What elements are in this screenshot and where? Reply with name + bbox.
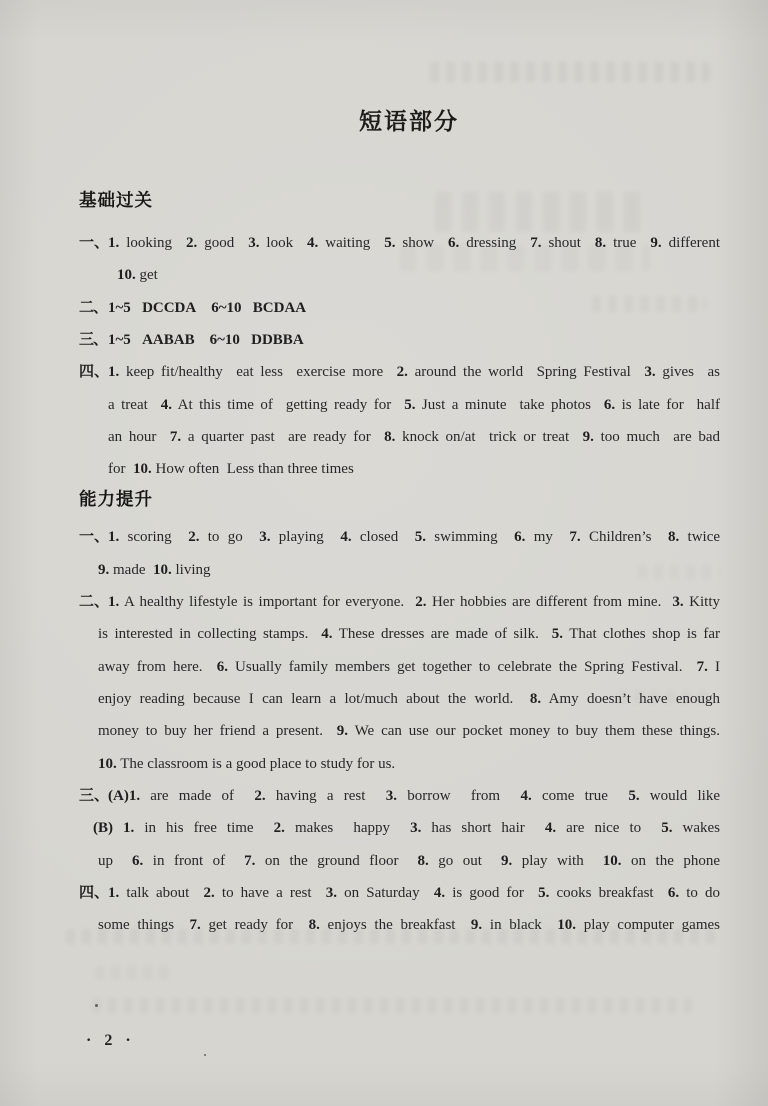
- item-marker: 一、: [79, 521, 108, 553]
- answer-text: away from here. 6. Usually family member…: [98, 659, 720, 675]
- section-heading-basics: 基础过关: [79, 188, 720, 227]
- answer-line: 三、1~5 AABAB 6~10 DDBBA: [79, 324, 720, 356]
- bleed-through-text: [95, 966, 175, 979]
- answer-line: 9. made 10. living: [79, 554, 720, 586]
- answer-line: up 6. in front of 7. on the ground floor…: [79, 845, 720, 877]
- answer-line: 二、1~5 DCCDA 6~10 BCDAA: [79, 292, 720, 324]
- answer-line: 四、1. talk about 2. to have a rest 3. on …: [79, 877, 720, 909]
- item-marker: 二、: [79, 586, 108, 618]
- scan-speck: [204, 1054, 206, 1056]
- answer-text: money to buy her friend a present. 9. We…: [98, 723, 720, 739]
- item-marker: 二、: [79, 292, 108, 324]
- item-marker: 四、: [79, 877, 108, 909]
- item-marker: 一、: [79, 227, 108, 259]
- answer-text: 10. The classroom is a good place to stu…: [98, 756, 395, 772]
- answer-line: some things 7. get ready for 8. enjoys t…: [79, 909, 720, 941]
- answer-line: an hour 7. a quarter past are ready for …: [79, 421, 720, 453]
- answer-line: 三、(A)1. are made of 2. having a rest 3. …: [79, 780, 720, 812]
- answer-text: 1. talk about 2. to have a rest 3. on Sa…: [108, 885, 720, 901]
- answer-text: 10. get: [117, 267, 158, 283]
- section-heading-advanced: 能力提升: [79, 486, 720, 522]
- answer-line: 二、1. A healthy lifestyle is important fo…: [79, 586, 720, 618]
- answer-text: enjoy reading because I can learn a lot/…: [98, 691, 720, 707]
- answer-text: 1~5 AABAB 6~10 DDBBA: [108, 332, 304, 348]
- answer-line: 10. The classroom is a good place to stu…: [79, 748, 720, 780]
- item-marker: 三、: [79, 324, 108, 356]
- page-title: 短语部分: [25, 103, 768, 136]
- item-marker: 四、: [79, 356, 108, 388]
- answer-line: 四、1. keep fit/healthy eat less exercise …: [79, 356, 720, 388]
- answers-content: 基础过关 一、1. looking 2. good 3. look 4. wai…: [79, 188, 720, 942]
- answer-text: 1. A healthy lifestyle is important for …: [108, 594, 720, 610]
- answer-text: (A)1. are made of 2. having a rest 3. bo…: [108, 788, 720, 804]
- answer-line: 10. get: [79, 259, 720, 291]
- answer-line: away from here. 6. Usually family member…: [79, 651, 720, 683]
- answer-line: money to buy her friend a present. 9. We…: [79, 715, 720, 747]
- answer-text: some things 7. get ready for 8. enjoys t…: [98, 917, 720, 933]
- answer-text: an hour 7. a quarter past are ready for …: [108, 429, 720, 445]
- answer-line: for 10. How often Less than three times: [79, 453, 720, 485]
- answer-text: (B) 1. in his free time 2. makes happy 3…: [93, 820, 720, 836]
- answer-text: for 10. How often Less than three times: [108, 461, 354, 477]
- bleed-through-text: [430, 62, 710, 82]
- answer-text: 1. scoring 2. to go 3. playing 4. closed…: [108, 529, 720, 545]
- answer-line: 一、1. looking 2. good 3. look 4. waiting …: [79, 227, 720, 259]
- scanned-answer-page: 短语部分 基础过关 一、1. looking 2. good 3. look 4…: [0, 0, 768, 1106]
- answer-text: 9. made 10. living: [98, 562, 211, 578]
- answer-text: is interested in collecting stamps. 4. T…: [98, 626, 720, 642]
- answer-text: a treat 4. At this time of getting ready…: [108, 397, 720, 413]
- answer-text: up 6. in front of 7. on the ground floor…: [98, 853, 720, 869]
- answer-text: 1. looking 2. good 3. look 4. waiting 5.…: [108, 235, 720, 251]
- answer-line: enjoy reading because I can learn a lot/…: [79, 683, 720, 715]
- scan-speck: [95, 1004, 98, 1007]
- answer-line: a treat 4. At this time of getting ready…: [79, 389, 720, 421]
- bleed-through-text: [92, 998, 692, 1013]
- answer-line: (B) 1. in his free time 2. makes happy 3…: [79, 812, 720, 844]
- page-number: · 2 ·: [86, 1032, 134, 1050]
- answer-line: is interested in collecting stamps. 4. T…: [79, 618, 720, 650]
- answer-line: 一、1. scoring 2. to go 3. playing 4. clos…: [79, 521, 720, 553]
- item-marker: 三、: [79, 780, 108, 812]
- answer-text: 1~5 DCCDA 6~10 BCDAA: [108, 300, 306, 316]
- answer-text: 1. keep fit/healthy eat less exercise mo…: [108, 364, 720, 380]
